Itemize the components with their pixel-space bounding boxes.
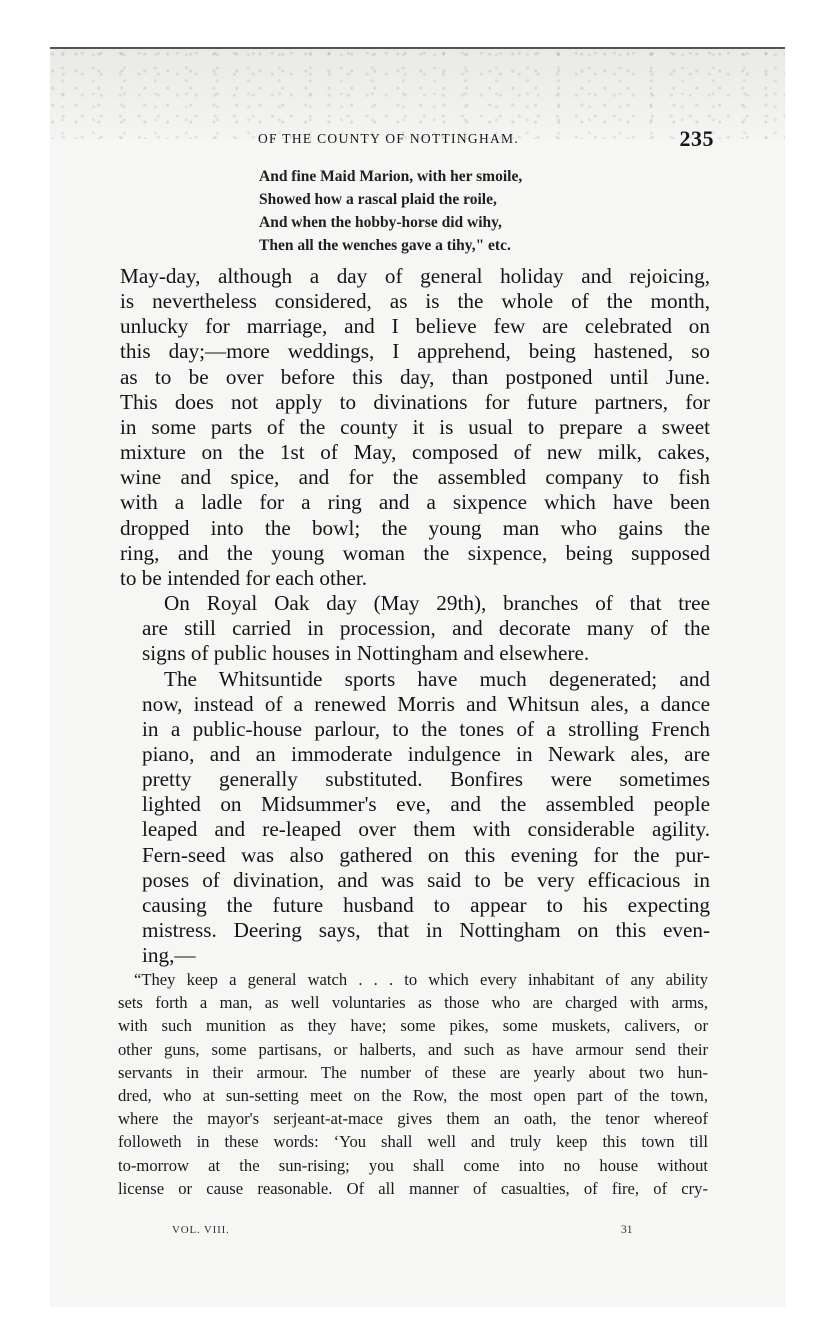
quote-line: dred, who at sun-setting meet on the Row… — [118, 1084, 708, 1107]
quote-line: to-morrow at the sun-rising; you shall c… — [118, 1154, 708, 1177]
text-line: with a ladle for a ring and a sixpence w… — [120, 490, 710, 515]
quote-line: servants in their armour. The number of … — [118, 1061, 708, 1084]
running-head: Of the County of Nottingham. 235 — [258, 128, 718, 152]
text-line: to be intended for each other. — [120, 566, 710, 591]
text-line: now, instead of a renewed Morris and Whi… — [120, 692, 710, 717]
quote-line: with such munition as they have; some pi… — [118, 1014, 708, 1037]
text-line: On Royal Oak day (May 29th), branches of… — [120, 591, 710, 616]
text-line: in a public-house parlour, to the tones … — [120, 717, 710, 742]
verse-line: And fine Maid Marion, with her smoile, — [259, 165, 659, 188]
text-line: poses of divination, and was said to be … — [120, 868, 710, 893]
text-line: dropped into the bowl; the young man who… — [120, 516, 710, 541]
signature-number: 31 — [621, 1224, 633, 1236]
quote-line: followeth in these words: ‘You shall wel… — [118, 1130, 708, 1153]
text-line: is nevertheless considered, as is the wh… — [120, 289, 710, 314]
text-line: Fern-seed was also gathered on this even… — [120, 843, 710, 868]
paragraph-may-day: May-day, although a day of general holid… — [120, 264, 710, 591]
text-line: The Whitsuntide sports have much degener… — [120, 667, 710, 692]
verse-quotation: And fine Maid Marion, with her smoile, S… — [259, 165, 659, 257]
volume-signature-mark: VOL. VIII. — [172, 1224, 230, 1236]
text-line: leaped and re-leaped over them with cons… — [120, 817, 710, 842]
text-line: pretty generally substituted. Bonfires w… — [120, 767, 710, 792]
text-line: wine and spice, and for the assembled co… — [120, 465, 710, 490]
text-line: lighted on Midsummer's eve, and the asse… — [120, 792, 710, 817]
block-quotation-deering: “They keep a general watch . . . to whic… — [118, 968, 708, 1200]
scan-noise-top — [50, 49, 785, 139]
text-line: ing,— — [120, 943, 710, 968]
verse-line: Showed how a rascal plaid the roile, — [259, 188, 659, 211]
text-line: causing the future husband to appear to … — [120, 893, 710, 918]
paragraph-royal-oak: On Royal Oak day (May 29th), branches of… — [120, 591, 710, 666]
text-line: This does not apply to divinations for f… — [120, 390, 710, 415]
paragraph-whitsuntide: The Whitsuntide sports have much degener… — [120, 667, 710, 969]
quote-line: “They keep a general watch . . . to whic… — [118, 968, 708, 991]
text-line: mistress. Deering says, that in Nottingh… — [120, 918, 710, 943]
body-text: May-day, although a day of general holid… — [120, 264, 710, 968]
quote-line: sets forth a man, as well voluntaries as… — [118, 991, 708, 1014]
quote-line: where the mayor's serjeant-at-mace gives… — [118, 1107, 708, 1130]
verse-line: And when the hobby-horse did wihy, — [259, 211, 659, 234]
text-line: are still carried in procession, and dec… — [120, 616, 710, 641]
running-title: Of the County of Nottingham. — [258, 131, 519, 147]
text-line: mixture on the 1st of May, composed of n… — [120, 440, 710, 465]
verse-line: Then all the wenches gave a tihy," etc. — [259, 234, 659, 257]
text-line: unlucky for marriage, and I believe few … — [120, 314, 710, 339]
text-line: as to be over before this day, than post… — [120, 365, 710, 390]
text-line: ring, and the young woman the sixpence, … — [120, 541, 710, 566]
quote-line: other guns, some partisans, or halberts,… — [118, 1038, 708, 1061]
page-number: 235 — [680, 126, 715, 152]
text-line: in some parts of the county it is usual … — [120, 415, 710, 440]
quote-line: license or cause reasonable. Of all mann… — [118, 1177, 708, 1200]
text-line: signs of public houses in Nottingham and… — [120, 641, 710, 666]
text-line: May-day, although a day of general holid… — [120, 264, 710, 289]
text-line: piano, and an immoderate indulgence in N… — [120, 742, 710, 767]
text-line: this day;—more weddings, I apprehend, be… — [120, 339, 710, 364]
